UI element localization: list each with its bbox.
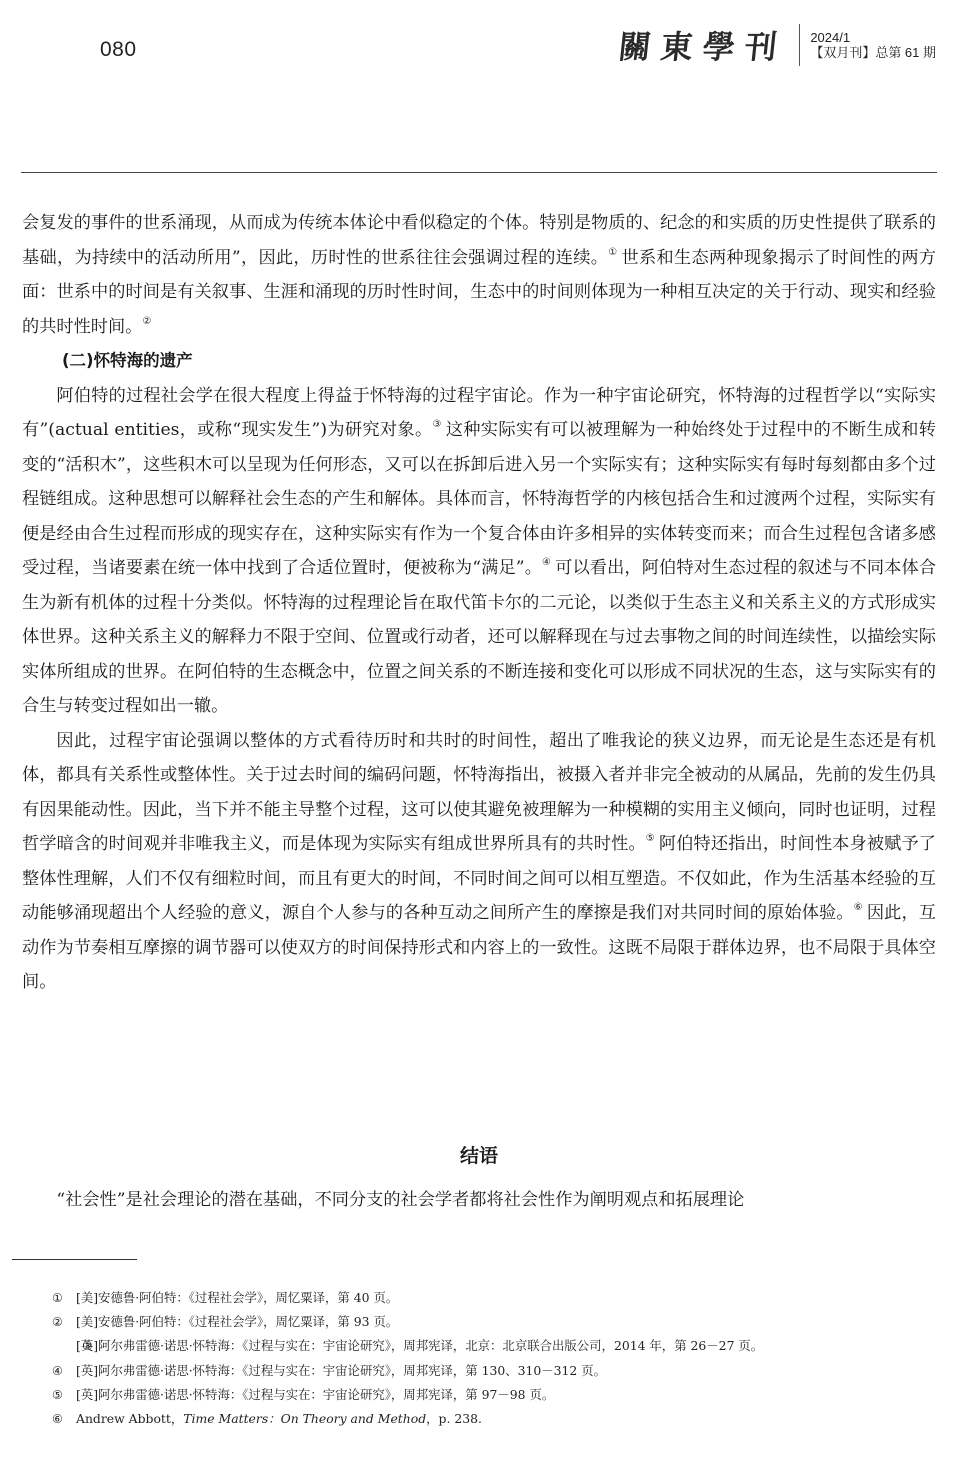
footnote-book-title: Time Matters：On Theory and Method [183, 1411, 426, 1426]
footnote-item: ⑤[英]阿尔弗雷德·诺思·怀特海：《过程与实在：宇宙论研究》，周邦宪译，第 97… [22, 1383, 936, 1407]
journal-title: 關東學刊 [617, 22, 790, 68]
footnote-mark: ② [52, 1311, 76, 1334]
journal-masthead: 關東學刊 2024/1 【双月刊】总第 61 期 [619, 22, 936, 68]
footnote-author: Andrew Abbott， [76, 1411, 183, 1426]
footnote-item: ③[英]阿尔弗雷德·诺思·怀特海：《过程与实在：宇宙论研究》，周邦宪译，北京：北… [22, 1334, 936, 1358]
footnote-ref[interactable]: ③ [432, 419, 441, 430]
section-subheading: (二)怀特海的遗产 [22, 344, 936, 379]
footnote-rule [12, 1259, 137, 1260]
footnote-ref[interactable]: ⑤ [646, 833, 655, 844]
page-number: 080 [100, 38, 137, 62]
paragraph-text: 可以看出，阿伯特对生态过程的叙述与不同本体合生为新有机体的过程十分类似。怀特海的… [22, 558, 936, 716]
footnote-item: ②[美]安德鲁·阿伯特：《过程社会学》，周忆粟译，第 93 页。 [22, 1310, 936, 1334]
footnote-item: ⑥Andrew Abbott，Time Matters：On Theory an… [22, 1407, 936, 1431]
masthead-divider [799, 24, 800, 66]
footnote-ref[interactable]: ④ [542, 557, 551, 568]
footnotes: ①[美]安德鲁·阿伯特：《过程社会学》，周忆粟译，第 40 页。 ②[美]安德鲁… [22, 1286, 936, 1431]
paragraph-text: 这种实际实有可以被理解为一种始终处于过程中的不断生成和转变的“活积木”，这些积木… [22, 420, 936, 578]
footnote-text: [英]阿尔弗雷德·诺思·怀特海：《过程与实在：宇宙论研究》，周邦宪译，北京：北京… [76, 1338, 763, 1353]
footnote-mark: ⑤ [52, 1384, 76, 1407]
footnote-ref[interactable]: ⑥ [854, 902, 863, 913]
paragraph: 阿伯特的过程社会学在很大程度上得益于怀特海的过程宇宙论。作为一种宇宙论研究，怀特… [22, 379, 936, 724]
footnote-item: ①[美]安德鲁·阿伯特：《过程社会学》，周忆粟译，第 40 页。 [22, 1286, 936, 1310]
article-body: 会复发的事件的世系涌现，从而成为传统本体论中看似稳定的个体。特别是物质的、纪念的… [22, 206, 936, 1000]
paragraph: 会复发的事件的世系涌现，从而成为传统本体论中看似稳定的个体。特别是物质的、纪念的… [22, 206, 936, 344]
footnote-text: [美]安德鲁·阿伯特：《过程社会学》，周忆粟译，第 40 页。 [76, 1290, 398, 1305]
footnote-ref[interactable]: ① [608, 247, 617, 258]
footnote-item: ④[英]阿尔弗雷德·诺思·怀特海：《过程与实在：宇宙论研究》，周邦宪译，第 13… [22, 1359, 936, 1383]
issue-info: 2024/1 【双月刊】总第 61 期 [810, 30, 936, 60]
paragraph: “社会性”是社会理论的潜在基础，不同分支的社会学者都将社会性作为阐明观点和拓展理… [22, 1183, 936, 1217]
footnote-text: [英]阿尔弗雷德·诺思·怀特海：《过程与实在：宇宙论研究》，周邦宪译，第 97－… [76, 1387, 554, 1402]
footnote-text: [美]安德鲁·阿伯特：《过程社会学》，周忆粟译，第 93 页。 [76, 1314, 398, 1329]
footnote-mark: ① [52, 1287, 76, 1310]
paragraph: 因此，过程宇宙论强调以整体的方式看待历时和共时的时间性，超出了唯我论的狭义边界，… [22, 724, 936, 1000]
footnote-mark: ⑥ [52, 1408, 76, 1431]
section-title-conclusion: 结语 [0, 1141, 958, 1168]
footnote-mark: ③ [52, 1335, 76, 1358]
issue-number: 【双月刊】总第 61 期 [810, 45, 936, 60]
footnote-ref[interactable]: ② [142, 316, 151, 327]
footnote-text: [英]阿尔弗雷德·诺思·怀特海：《过程与实在：宇宙论研究》，周邦宪译，第 130… [76, 1363, 606, 1378]
footnote-mark: ④ [52, 1360, 76, 1383]
issue-date: 2024/1 [810, 30, 936, 45]
header-rule [21, 172, 937, 173]
footnote-page: ，p. 238. [426, 1411, 482, 1426]
